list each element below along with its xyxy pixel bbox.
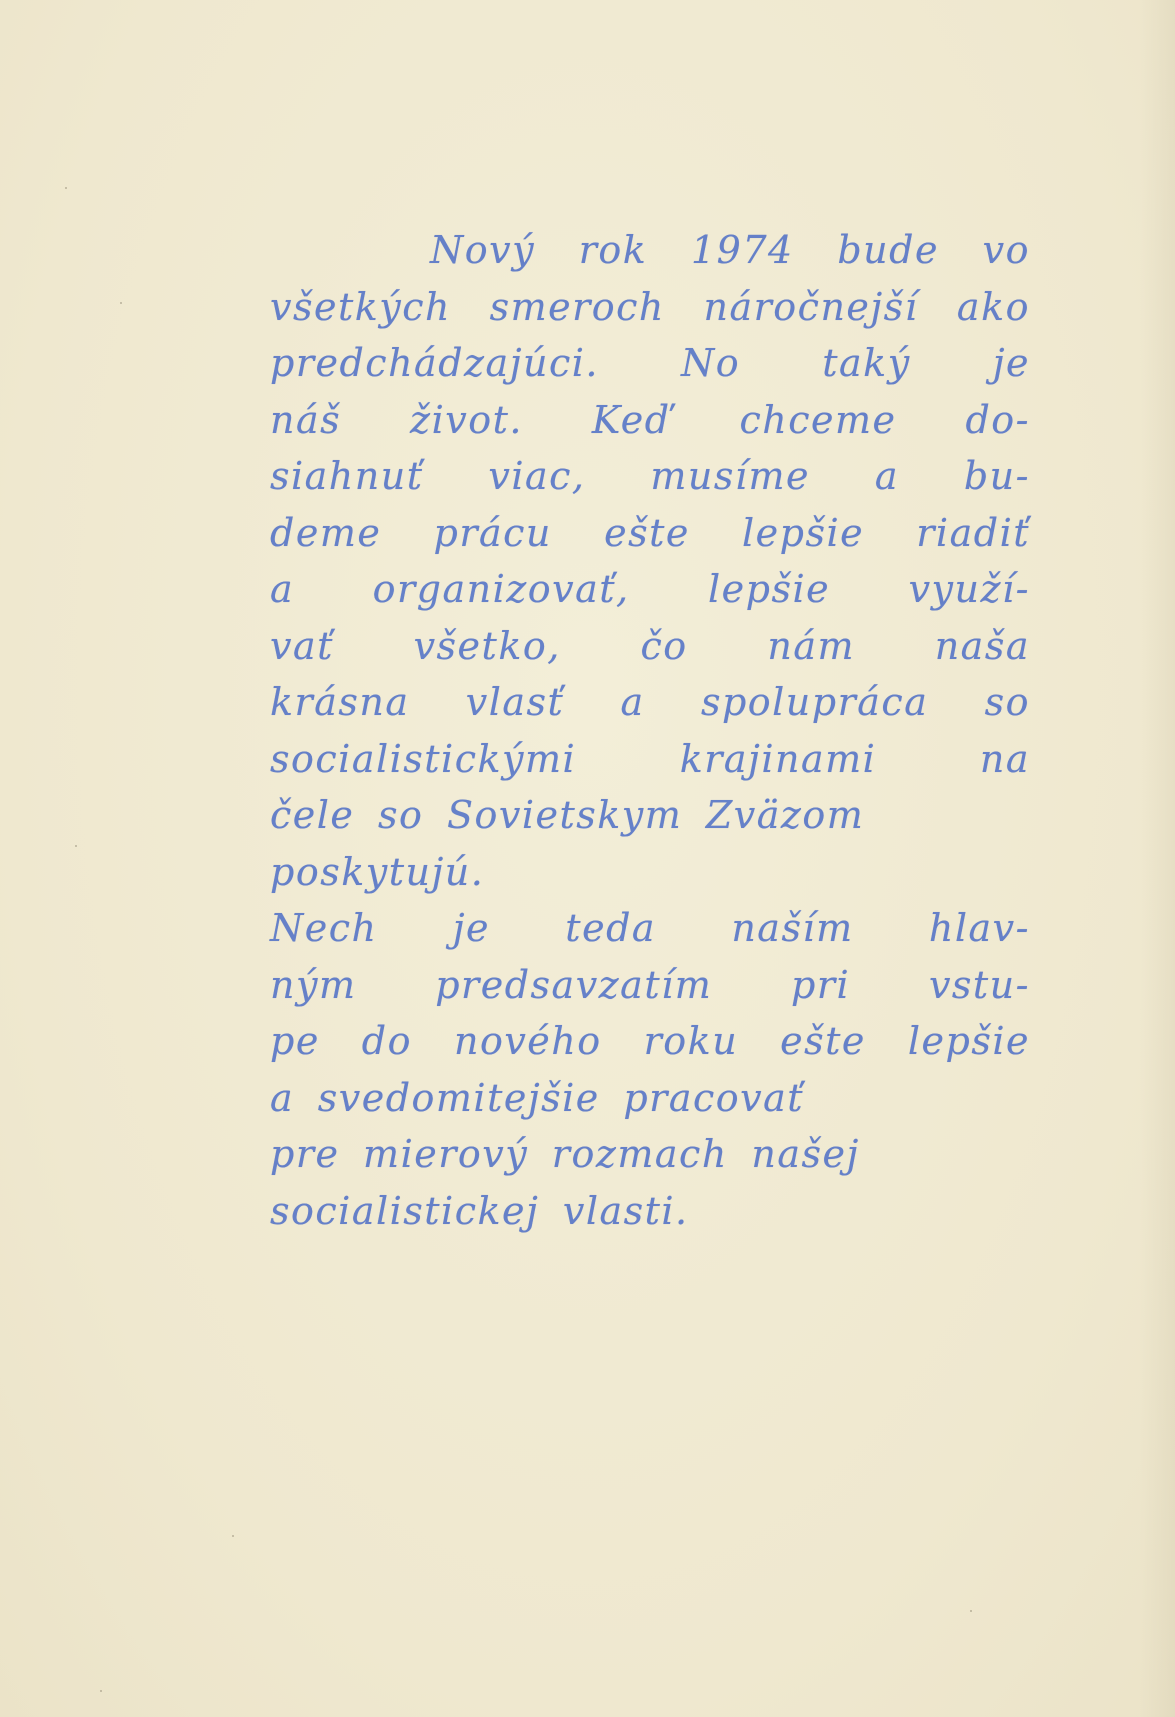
- text-line: poskytujú.: [270, 844, 1030, 901]
- text-line: siahnuť viac, musíme a bu-: [270, 448, 1030, 505]
- text-line: deme prácu ešte lepšie riadiť: [270, 505, 1030, 562]
- paper-speck: [970, 1610, 972, 1612]
- paper-speck: [75, 845, 77, 847]
- text-line: Nový rok 1974 bude vo: [270, 222, 1030, 279]
- text-line: krásna vlasť a spolupráca so: [270, 674, 1030, 731]
- paper-speck: [100, 1690, 102, 1692]
- text-line: všetkých smeroch náročnejší ako: [270, 279, 1030, 336]
- paper-speck: [65, 187, 67, 189]
- text-line: pre mierový rozmach našej: [270, 1126, 1030, 1183]
- text-line: socialistickej vlasti.: [270, 1183, 1030, 1240]
- handwritten-letter: Nový rok 1974 bude vo všetkých smeroch n…: [270, 222, 1030, 1239]
- text-line: ným predsavzatím pri vstu-: [270, 957, 1030, 1014]
- text-line: čele so Sovietskym Zväzom: [270, 787, 1030, 844]
- text-line: a organizovať, lepšie využí-: [270, 561, 1030, 618]
- text-line: predchádzajúci. No taký je: [270, 335, 1030, 392]
- text-line: Nech je teda naším hlav-: [270, 900, 1030, 957]
- paper-speck: [120, 302, 122, 304]
- text-line: socialistickými krajinami na: [270, 731, 1030, 788]
- text-line: náš život. Keď chceme do-: [270, 392, 1030, 449]
- text-line: a svedomitejšie pracovať: [270, 1070, 1030, 1127]
- text-line: vať všetko, čo nám naša: [270, 618, 1030, 675]
- paper-speck: [232, 1535, 234, 1537]
- text-line: pe do nového roku ešte lepšie: [270, 1013, 1030, 1070]
